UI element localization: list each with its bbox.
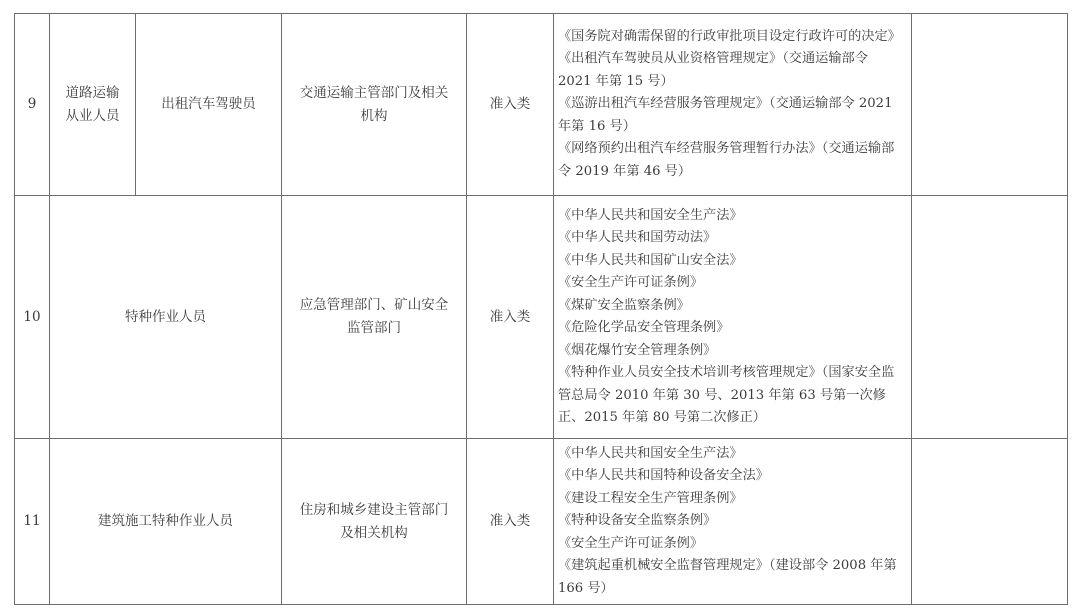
department-line: 监管部门	[296, 317, 452, 340]
legal-basis-item: 《建设工程安全生产管理条例》	[558, 488, 905, 511]
table-row: 11 建筑施工特种作业人员 住房和城乡建设主管部门 及相关机构 准入类 《中华人…	[15, 439, 1068, 605]
department-line: 机构	[296, 105, 452, 128]
department-cell: 交通运输主管部门及相关 机构	[282, 14, 467, 196]
category-line: 道路运输	[50, 82, 135, 105]
legal-basis-item: 《煤矿安全监察条例》	[558, 295, 905, 318]
department-line: 住房和城乡建设主管部门	[296, 499, 452, 522]
legal-basis-cell: 《中华人民共和国安全生产法》 《中华人民共和国特种设备安全法》 《建设工程安全生…	[554, 439, 912, 605]
qualification-table: 9 道路运输 从业人员 出租汽车驾驶员 交通运输主管部门及相关 机构 准入类 《…	[14, 13, 1068, 605]
department-cell: 应急管理部门、矿山安全 监管部门	[282, 196, 467, 439]
department-line: 及相关机构	[296, 522, 452, 545]
department-cell: 住房和城乡建设主管部门 及相关机构	[282, 439, 467, 605]
type-cell: 准入类	[467, 439, 554, 605]
type-cell: 准入类	[467, 196, 554, 439]
legal-basis-item: 《中华人民共和国安全生产法》	[558, 205, 905, 228]
legal-basis-item: 《中华人民共和国矿山安全法》	[558, 250, 905, 273]
table-row: 9 道路运输 从业人员 出租汽车驾驶员 交通运输主管部门及相关 机构 准入类 《…	[15, 14, 1068, 196]
legal-basis-item: 《出租汽车驾驶员从业资格管理规定》（交通运输部令 2021 年第 15 号）	[558, 48, 905, 93]
category-cell: 道路运输 从业人员	[50, 14, 136, 196]
type-cell: 准入类	[467, 14, 554, 196]
legal-basis-item: 《安全生产许可证条例》	[558, 533, 905, 556]
legal-basis-item: 《国务院对确需保留的行政审批项目设定行政许可的决定》	[558, 26, 905, 49]
legal-basis-item: 《安全生产许可证条例》	[558, 272, 905, 295]
legal-basis-cell: 《中华人民共和国安全生产法》 《中华人民共和国劳动法》 《中华人民共和国矿山安全…	[554, 196, 912, 439]
note-cell	[912, 14, 1068, 196]
legal-basis-item: 《网络预约出租汽车经营服务管理暂行办法》（交通运输部令 2019 年第 46 号…	[558, 138, 905, 183]
legal-basis-item: 《特种作业人员安全技术培训考核管理规定》（国家安全监管总局令 2010 年第 3…	[558, 362, 905, 430]
category-cell: 特种作业人员	[50, 196, 282, 439]
row-number: 11	[15, 439, 50, 605]
legal-basis-item: 《危险化学品安全管理条例》	[558, 317, 905, 340]
category-line: 从业人员	[50, 105, 135, 128]
legal-basis-item: 《中华人民共和国安全生产法》	[558, 443, 905, 466]
legal-basis-item: 《烟花爆竹安全管理条例》	[558, 340, 905, 363]
legal-basis-item: 《建筑起重机械安全监督管理规定》（建设部令 2008 年第 166 号）	[558, 555, 905, 600]
legal-basis-item: 《中华人民共和国劳动法》	[558, 227, 905, 250]
legal-basis-cell: 《国务院对确需保留的行政审批项目设定行政许可的决定》 《出租汽车驾驶员从业资格管…	[554, 14, 912, 196]
department-line: 交通运输主管部门及相关	[296, 82, 452, 105]
note-cell	[912, 196, 1068, 439]
category-cell: 建筑施工特种作业人员	[50, 439, 282, 605]
row-number: 9	[15, 14, 50, 196]
department-line: 应急管理部门、矿山安全	[296, 294, 452, 317]
legal-basis-item: 《特种设备安全监察条例》	[558, 510, 905, 533]
subcategory-cell: 出租汽车驾驶员	[136, 14, 282, 196]
legal-basis-item: 《巡游出租汽车经营服务管理规定》（交通运输部令 2021 年第 16 号）	[558, 93, 905, 138]
table-row: 10 特种作业人员 应急管理部门、矿山安全 监管部门 准入类 《中华人民共和国安…	[15, 196, 1068, 439]
legal-basis-item: 《中华人民共和国特种设备安全法》	[558, 465, 905, 488]
row-number: 10	[15, 196, 50, 439]
note-cell	[912, 439, 1068, 605]
